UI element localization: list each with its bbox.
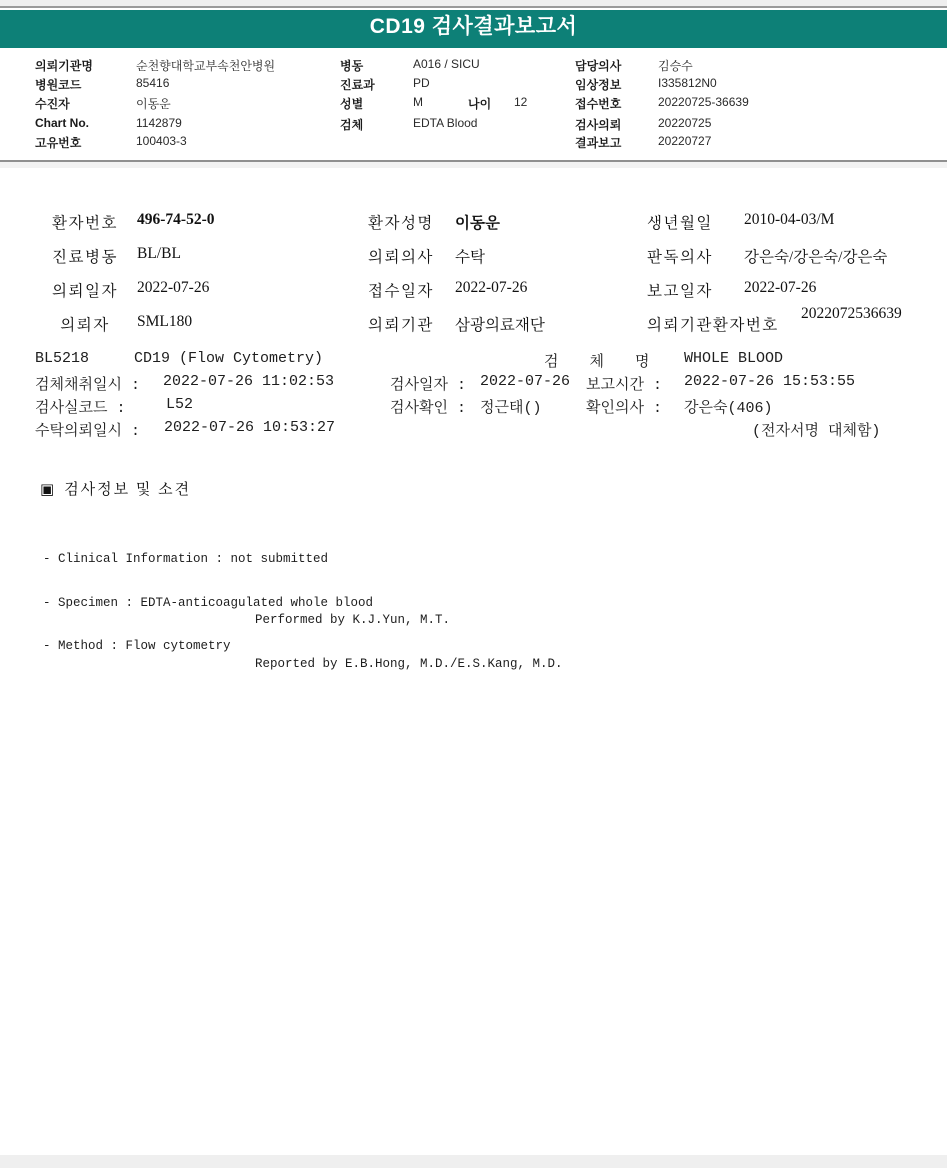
page-top-strip <box>0 0 947 8</box>
field-label: 병원코드 <box>35 76 81 93</box>
clinical-info-line: - Clinical Information : not submitted <box>43 552 373 567</box>
specimen-label: 검 체 명 <box>544 350 649 371</box>
patient-field-label: 의뢰기관 <box>368 313 434 335</box>
test-date-value: 2022-07-26 <box>480 373 570 390</box>
lab-code-value: L52 <box>166 396 193 413</box>
patient-field-value: 2022-07-26 <box>137 279 209 297</box>
request-value: 2022-07-26 10:53:27 <box>164 419 335 436</box>
field-value: M <box>413 95 423 109</box>
patient-field-value: 2022-07-26 <box>455 279 527 297</box>
field-value: 20220725 <box>658 116 711 130</box>
field-label: 의뢰기관명 <box>35 57 93 74</box>
esign-note: (전자서명 대체함) <box>752 419 880 440</box>
patient-field-label: 보고일자 <box>647 279 713 301</box>
field-label: 검체 <box>340 116 363 133</box>
report-time-label: 보고시간 : <box>586 373 662 394</box>
patient-field-value: SML180 <box>137 313 192 331</box>
patient-field-label: 의뢰기관환자번호 <box>647 313 779 335</box>
patient-field-label: 생년월일 <box>647 211 713 233</box>
patient-field-value: 삼광의료재단 <box>455 313 545 335</box>
field-label: 담당의사 <box>575 57 621 74</box>
patient-field-value: BL/BL <box>137 245 181 263</box>
specimen-value: WHOLE BLOOD <box>684 350 783 367</box>
patient-field-label: 진료병동 <box>38 245 132 267</box>
patient-name: 이동운 <box>455 211 500 233</box>
field-value: 20220725-36639 <box>658 95 749 109</box>
verified-label: 검사확인 : <box>390 396 466 417</box>
page-title: CD19 검사결과보고서 <box>0 10 947 40</box>
field-label: 접수번호 <box>575 95 621 112</box>
field-value: 85416 <box>136 76 169 90</box>
patient-field-value: 수탁 <box>455 245 485 267</box>
field-value: 순천향대학교부속천안병원 <box>136 57 275 74</box>
field-value: EDTA Blood <box>413 116 477 130</box>
collected-value: 2022-07-26 11:02:53 <box>163 373 334 390</box>
confirm-doctor-value: 강은숙(406) <box>684 396 772 417</box>
report-time-value: 2022-07-26 15:53:55 <box>684 373 855 390</box>
report-title-bar: CD19 검사결과보고서 <box>0 10 947 48</box>
patient-field-label: 판독의사 <box>647 245 713 267</box>
field-label: 고유번호 <box>35 134 81 151</box>
field-label: 결과보고 <box>575 134 621 151</box>
square-bullet-icon: ▣ <box>40 482 54 498</box>
collected-label: 검체채취일시 : <box>35 373 140 394</box>
field-label: Chart No. <box>35 116 89 130</box>
field-value: 이동운 <box>136 95 171 112</box>
patient-field-label: 의뢰의사 <box>368 245 434 267</box>
field-value: I335812N0 <box>658 76 717 90</box>
findings-heading: ▣검사정보 및 소견 <box>40 478 191 499</box>
patient-field-label: 의뢰일자 <box>38 279 132 301</box>
field-value: 20220727 <box>658 134 711 148</box>
field-label: 성별 <box>340 95 363 112</box>
confirm-doctor-label: 확인의사 : <box>586 396 662 417</box>
field-label: 나이 <box>468 95 491 112</box>
field-value: PD <box>413 76 430 90</box>
request-label: 수탁의뢰일시 : <box>35 419 140 440</box>
patient-id: 496-74-52-0 <box>137 211 215 229</box>
field-value: 1142879 <box>136 116 182 130</box>
field-value: 12 <box>514 95 527 109</box>
field-value: 김승수 <box>658 57 693 74</box>
verified-value: 정근태() <box>480 396 541 417</box>
patient-field-label: 환자성명 <box>368 211 434 233</box>
field-label: 진료과 <box>340 76 375 93</box>
field-label: 병동 <box>340 57 363 74</box>
section-divider-band <box>0 162 947 168</box>
test-code: BL5218 <box>35 350 89 367</box>
patient-field-label: 환자번호 <box>38 211 132 233</box>
lab-code-label: 검사실코드 : <box>35 396 125 417</box>
patient-field-value: 2010-04-03/M <box>744 211 834 229</box>
patient-field-label: 의뢰자 <box>38 313 132 335</box>
field-label: 임상정보 <box>575 76 621 93</box>
patient-field-label: 접수일자 <box>368 279 434 301</box>
field-value: A016 / SICU <box>413 57 480 71</box>
test-date-label: 검사일자 : <box>390 373 466 394</box>
referring-hospital-patient-no: 2022072536639 <box>801 306 919 322</box>
field-value: 100403-3 <box>136 134 187 148</box>
patient-field-value: 2022-07-26 <box>744 279 816 297</box>
signoff-block: Performed by K.J.Yun, M.T. Reported by E… <box>255 584 563 700</box>
field-label: 수진자 <box>35 95 70 112</box>
test-name: CD19 (Flow Cytometry) <box>134 350 323 367</box>
findings-heading-text: 검사정보 및 소견 <box>64 482 191 498</box>
field-label: 검사의뢰 <box>575 116 621 133</box>
patient-field-value: 강은숙/강은숙/강은숙 <box>744 245 887 267</box>
report-page: CD19 검사결과보고서 의뢰기관명 순천향대학교부속천안병원 병원코드 854… <box>0 0 947 1168</box>
reported-by-line: Reported by E.B.Hong, M.D./E.S.Kang, M.D… <box>255 657 563 672</box>
performed-by-line: Performed by K.J.Yun, M.T. <box>255 613 563 628</box>
page-bottom-strip <box>0 1155 947 1168</box>
